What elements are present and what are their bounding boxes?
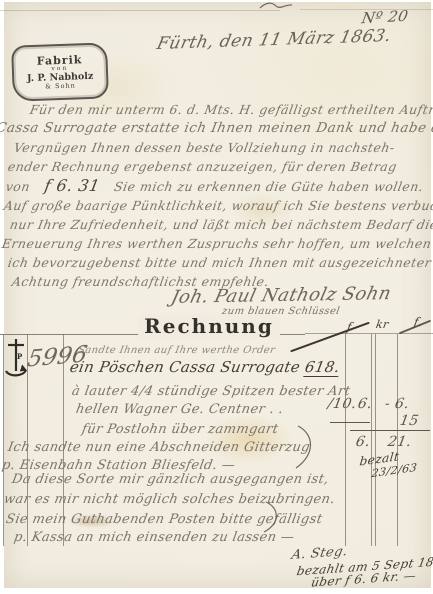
document-number: Nº 20 (360, 7, 409, 27)
amount-rest: Sie mich zu erkennen die Güte haben woll… (113, 179, 425, 194)
table-top-rule-right (305, 333, 433, 334)
amount-kreuzer: 21. (387, 434, 413, 450)
letter-line: Cassa Surrogate erstatte ich Ihnen meine… (0, 119, 433, 138)
amount-value: f 6. 31 (43, 176, 102, 195)
letter-body: Für den mir unterm 6. d. Mts. H. gefälli… (0, 100, 433, 291)
letter-line: nur Ihre Zufriedenheit, und läßt mich be… (8, 215, 433, 234)
invoice-row: Da diese Sorte mir gänzlich ausgegangen … (11, 472, 330, 487)
factory-stamp: Fabrik von J. P. Nabholz & Sohn (11, 42, 109, 101)
column-head: kr (375, 318, 390, 331)
letter-line: Auf große baarige Pünktlichkeit, worauf … (2, 196, 433, 215)
letter-line: Erneuerung Ihres werthen Zuspruchs sehr … (0, 234, 433, 253)
letter-line: ender Rechnung ergebenst anzuzeigen, für… (6, 157, 433, 176)
amount-kreuzer: 15 (399, 413, 420, 429)
paper-top-edge-line (0, 10, 280, 11)
invoice-row: Ich sandte nun eine Abschneiden Gitterzu… (7, 440, 312, 455)
invoice-row: für Postlohn über zammgart (81, 422, 280, 437)
amount-price: /10. (327, 396, 358, 412)
invoice-row: war es mir nicht möglich solches beizubr… (3, 492, 337, 507)
signature-name: Joh. Paul Natholz Sohn (169, 283, 393, 308)
amount-kreuzer: - 6. (384, 396, 411, 412)
amount-underline (350, 430, 430, 431)
amount-gulden: 6. (357, 396, 374, 412)
letter-line: Für den mir unterm 6. d. Mts. H. gefälli… (28, 100, 433, 119)
merchant-mark-icon: P (4, 337, 28, 379)
invoice-note: Sandte Ihnen auf Ihre werthe Order (77, 345, 276, 356)
svg-text:P: P (17, 352, 23, 361)
invoice-row: p. Eisenbahn Station Bliesfeld. — (1, 458, 237, 473)
row0-text: ein Pöschen Cassa Surrogate (68, 358, 306, 376)
invoice-row: p. Kassa an mich einsenden zu lassen — (13, 530, 296, 545)
amount-pre: von (5, 179, 32, 194)
pen-flourish-icon (290, 424, 320, 470)
invoice-row: ein Pöschen Cassa Surrogate 618. (68, 358, 341, 376)
row0-number: 618. (303, 358, 341, 377)
invoice-row: hellen Wagner Ge. Centner . . (75, 402, 285, 417)
table-column-rule-double (371, 334, 376, 546)
amount-gulden: 6. (355, 434, 372, 450)
pen-squiggle-icon (258, 0, 294, 12)
invoice-title: Rechnung (138, 314, 280, 338)
table-column-rule (345, 334, 346, 546)
invoice-row: à lauter 4/4 stündige Spitzen bester Art (71, 384, 352, 399)
pen-flourish-icon (260, 500, 286, 534)
letter-line: Vergnügen Ihnen dessen beste Vollziehung… (12, 138, 433, 157)
amount-dash (330, 422, 370, 423)
letter-line: ich bevorzugebenst bitte und mich Ihnen … (6, 253, 433, 272)
letter-line-amount: von f 6. 31 Sie mich zu erkennen die Güt… (4, 176, 433, 196)
